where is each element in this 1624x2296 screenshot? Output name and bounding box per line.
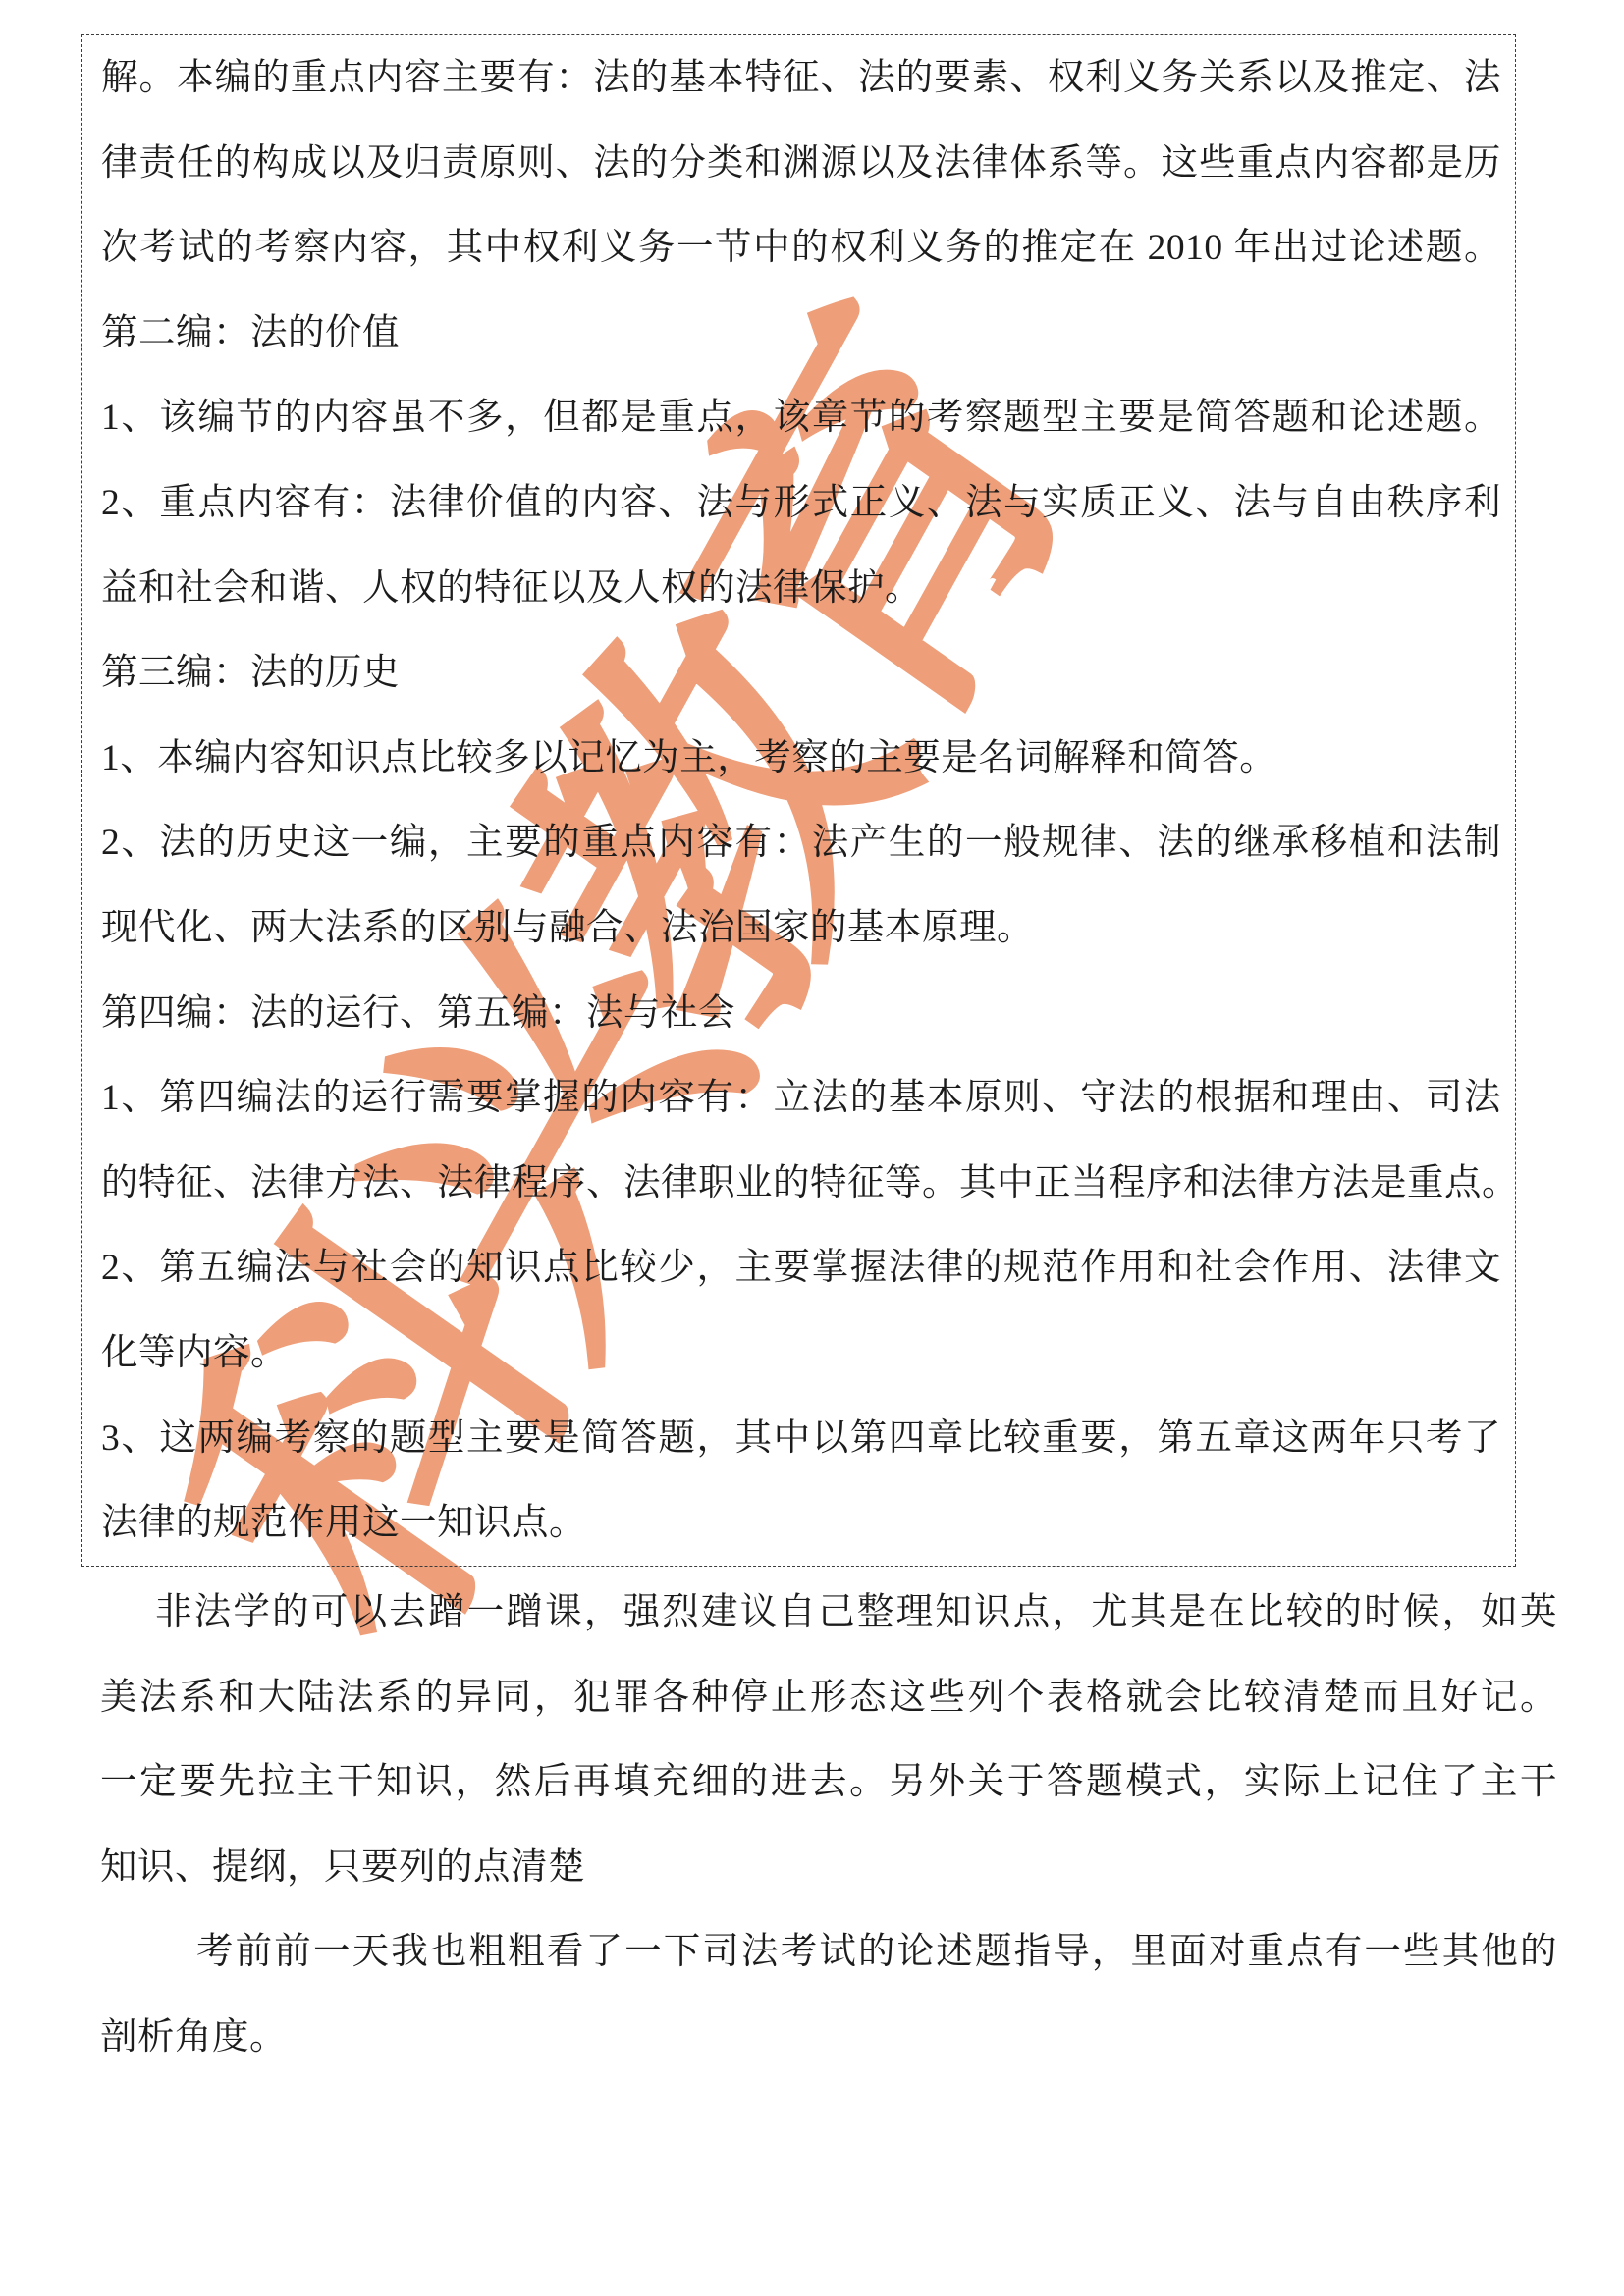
- text-line: 1、该编节的内容虽不多，但都是重点，该章节的考察题型主要是简答题和论述题。: [101, 376, 1501, 461]
- text-line: 1、本编内容知识点比较多以记忆为主，考察的主要是名词解释和简答。: [101, 717, 1501, 802]
- text-line: 1、第四编法的运行需要掌握的内容有：立法的基本原则、守法的根据和理由、司法: [101, 1056, 1501, 1142]
- text-line: 第三编：法的历史: [101, 631, 1501, 717]
- paragraph: 考前前一天我也粗粗看了一下司法考试的论述题指导，里面对重点有一些其他的剖析角度。: [100, 1910, 1557, 2080]
- text-line: 2、第五编法与社会的知识点比较少，主要掌握法律的规范作用和社会作用、法律文: [101, 1226, 1501, 1311]
- text-line: 次考试的考察内容，其中权利义务一节中的权利义务的推定在 2010 年出过论述题。: [101, 206, 1501, 292]
- text-line: 2、法的历史这一编，主要的重点内容有：法产生的一般规律、法的继承移植和法制: [101, 801, 1501, 886]
- text-line: 3、这两编考察的题型主要是简答题，其中以第四章比较重要，第五章这两年只考了: [101, 1397, 1501, 1482]
- text-line: 知识、提纲，只要列的点清楚: [100, 1826, 1557, 1911]
- text-line: 考前前一天我也粗粗看了一下司法考试的论述题指导，里面对重点有一些其他的: [100, 1910, 1557, 1996]
- text-line: 美法系和大陆法系的异同，犯罪各种停止形态这些列个表格就会比较清楚而且好记。: [100, 1656, 1557, 1741]
- text-line: 第二编：法的价值: [101, 292, 1501, 377]
- document-page: 科兴教育 解。本编的重点内容主要有：法的基本特征、法的要素、权利义务关系以及推定…: [0, 0, 1624, 2296]
- summary-box: 解。本编的重点内容主要有：法的基本特征、法的要素、权利义务关系以及推定、法律责任…: [81, 34, 1516, 1567]
- text-line: 解。本编的重点内容主要有：法的基本特征、法的要素、权利义务关系以及推定、法: [101, 36, 1501, 122]
- text-line: 剖析角度。: [100, 1996, 1557, 2081]
- paragraph: 非法学的可以去蹭一蹭课，强烈建议自己整理知识点，尤其是在比较的时候，如英美法系和…: [100, 1571, 1557, 1910]
- text-line: 法律的规范作用这一知识点。: [101, 1481, 1501, 1567]
- text-line: 一定要先拉主干知识，然后再填充细的进去。另外关于答题模式，实际上记住了主干: [100, 1740, 1557, 1826]
- body-text: 非法学的可以去蹭一蹭课，强烈建议自己整理知识点，尤其是在比较的时候，如英美法系和…: [100, 1571, 1557, 2081]
- text-line: 第四编：法的运行、第五编：法与社会: [101, 972, 1501, 1057]
- text-line: 化等内容。: [101, 1311, 1501, 1397]
- text-line: 的特征、法律方法、法律程序、法律职业的特征等。其中正当程序和法律方法是重点。: [101, 1142, 1501, 1227]
- text-line: 益和社会和谐、人权的特征以及人权的法律保护。: [101, 547, 1501, 632]
- text-line: 现代化、两大法系的区别与融合、法治国家的基本原理。: [101, 886, 1501, 972]
- text-line: 2、重点内容有：法律价值的内容、法与形式正义、法与实质正义、法与自由秩序利: [101, 461, 1501, 547]
- text-line: 非法学的可以去蹭一蹭课，强烈建议自己整理知识点，尤其是在比较的时候，如英: [100, 1571, 1557, 1656]
- text-line: 律责任的构成以及归责原则、法的分类和渊源以及法律体系等。这些重点内容都是历: [101, 122, 1501, 207]
